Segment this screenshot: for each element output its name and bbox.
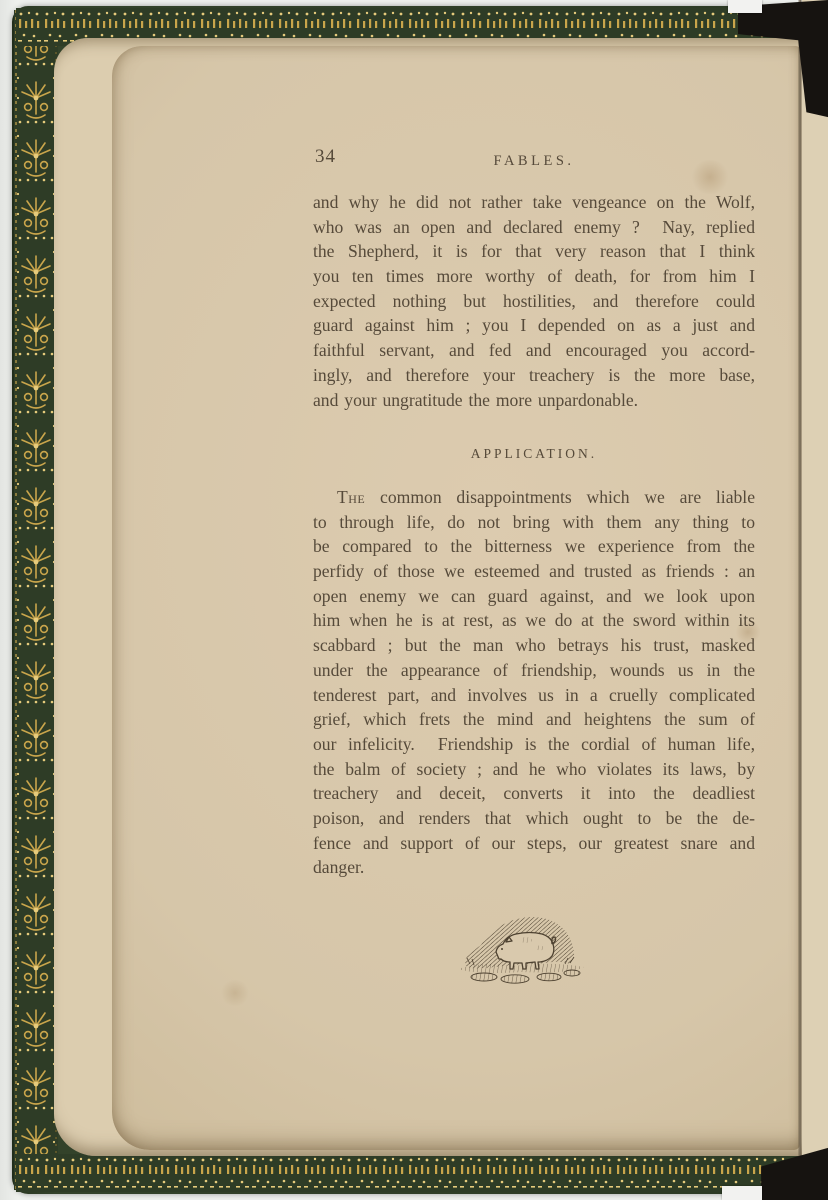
text-line: ingly, and therefore your treachery is t… (313, 363, 755, 388)
scanner-tab-bottom (722, 1186, 762, 1200)
text-line: guard against him ; you I depended on as… (313, 313, 755, 338)
text-line: and your ungratitude the more unpardonab… (313, 388, 755, 413)
text-line: be compared to the bitterness we experie… (313, 534, 755, 559)
text-line: to through life, do not bring with them … (313, 510, 755, 535)
text-line: scabbard ; but the man who betrays his t… (313, 633, 755, 658)
gilt-border-left (14, 10, 58, 1190)
text-line: under the appearance of friendship, woun… (313, 658, 755, 683)
text-line: treachery and deceit, converts it into t… (313, 781, 755, 806)
running-header: FABLES. (313, 153, 755, 170)
text-line: our infelicity. Friendship is the cordia… (313, 732, 755, 757)
scanner-tab-top (728, 0, 762, 13)
text-line: The common disappointments which we are … (313, 485, 755, 510)
text-line: poison, and renders that which ought to … (313, 806, 755, 831)
text-line: grief, which frets the mind and heighten… (313, 707, 755, 732)
fable-conclusion-paragraph: and why he did not rather take vengeance… (313, 190, 755, 412)
facing-page-edge (802, 0, 828, 1200)
pig-vignette-illustration (452, 906, 592, 992)
text-line: who was an open and declared enemy ? Nay… (313, 215, 755, 240)
text-line: faithful servant, and fed and encouraged… (313, 338, 755, 363)
application-heading: APPLICATION. (313, 446, 755, 462)
gilt-border-bottom (16, 1154, 806, 1192)
text-line: and why he did not rather take vengeance… (313, 190, 755, 215)
text-line: the balm of society ; and he who violate… (313, 757, 755, 782)
application-paragraph: The common disappointments which we are … (313, 485, 755, 880)
text-line: you ten times more worthy of death, for … (313, 264, 755, 289)
text-line: expected nothing but hostilities, and th… (313, 289, 755, 314)
text-line: the Shepherd, it is for that very reason… (313, 239, 755, 264)
text-line: open enemy we can guard against, and we … (313, 584, 755, 609)
text-line: tenderest part, and involves us in a cru… (313, 683, 755, 708)
smallcaps-word: The (337, 487, 365, 507)
text-line: perfidy of those we esteemed and trusted… (313, 559, 755, 584)
paper-stain (220, 980, 250, 1006)
text-line: fence and support of our steps, our grea… (313, 831, 755, 856)
text-line: danger. (313, 855, 755, 880)
text-line: him when he is at rest, as we do at the … (313, 608, 755, 633)
